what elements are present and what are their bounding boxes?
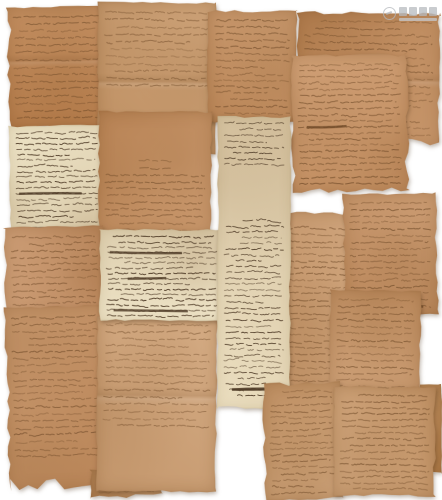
manuscript-page-cream-dense-sheet [99, 229, 224, 322]
manuscript-page-top-mid-handwriting [206, 10, 297, 124]
manuscript-page-right-3b-handwriting [328, 289, 422, 393]
manuscript-page-right-3b-sheet [328, 289, 422, 393]
manuscript-page-center-2 [98, 111, 213, 236]
manuscript-page-center-2-sheet [98, 111, 213, 236]
manuscript-page-cream-dense [99, 229, 224, 322]
manuscript-page-center-4-handwriting [95, 315, 218, 492]
manuscript-page-top-left-handwriting [6, 5, 111, 129]
manuscript-collection-photo [0, 0, 442, 500]
manuscript-page-right-3b [328, 289, 422, 393]
manuscript-page-left-4 [4, 305, 110, 492]
manuscript-page-bottom-mid [262, 381, 344, 500]
manuscript-page-cream-dense-handwriting [99, 229, 224, 322]
manuscript-page-center-4 [95, 315, 218, 492]
manuscript-page-left-4-handwriting [4, 305, 110, 492]
manuscript-page-cream-tall [216, 116, 291, 409]
manuscript-page-cream-tall-sheet [216, 116, 291, 409]
watermark-character-block [419, 7, 427, 16]
manuscript-page-bottom-mid-sheet [262, 381, 344, 500]
manuscript-page-bottom-right-sheet [333, 386, 437, 498]
watermark-text-block [399, 7, 437, 21]
manuscript-page-center-2-handwriting [98, 111, 213, 236]
manuscript-page-cream-tall-handwriting [216, 116, 291, 409]
manuscript-page-top-left [6, 5, 111, 129]
manuscript-page-bottom-right [333, 386, 437, 498]
watermark-logo [383, 7, 437, 21]
manuscript-page-right-2-sheet [290, 53, 409, 193]
watermark-url-line [399, 18, 437, 21]
papers-layer [0, 0, 442, 500]
manuscript-page-center-4-sheet [95, 315, 218, 492]
manuscript-page-left-4-sheet [4, 305, 110, 492]
watermark-characters [399, 7, 437, 16]
manuscript-page-bottom-right-handwriting [333, 386, 437, 498]
manuscript-page-top-mid-sheet [206, 10, 297, 124]
manuscript-page-top-mid [206, 10, 297, 124]
manuscript-page-bottom-mid-handwriting [262, 381, 344, 500]
manuscript-page-right-2-handwriting [290, 53, 409, 193]
watermark-character-block [409, 7, 417, 16]
watermark-character-block [399, 7, 407, 16]
watermark-seal-icon [383, 7, 396, 20]
watermark-character-block [429, 7, 437, 16]
manuscript-page-top-left-sheet [6, 5, 111, 129]
manuscript-page-right-2 [290, 53, 409, 193]
